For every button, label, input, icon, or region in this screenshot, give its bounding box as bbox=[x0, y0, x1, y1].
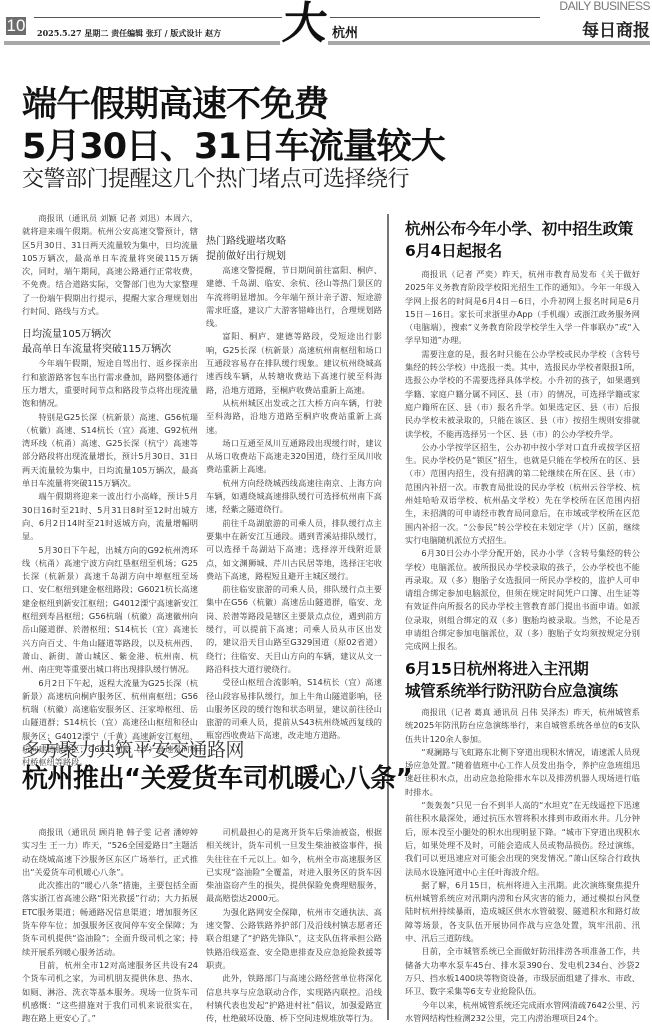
brand-chinese: 每日商报 bbox=[582, 16, 650, 41]
section-subhead: 热门路线避堵攻略 bbox=[206, 234, 382, 249]
article4-column2: 司机最担心的是离开货车后柴油被盗，根据相关统计，货车司机一旦发生柴油被盗事件，损… bbox=[206, 826, 382, 1024]
masthead-rule-left bbox=[34, 17, 282, 18]
paragraph: 6月30日公办小学分配开始，民办小学（含转号集经的转公学校）电脑派位。被所报民办… bbox=[405, 547, 640, 653]
paragraph: 前往临安旅游的司乘人员，排队缓行点主要集中在G56（杭徽）高速岳山隧道群，临安、… bbox=[206, 583, 382, 676]
paragraph: 商报讯（通讯员 刘颖 记者 刘迅）本周六，就将迎来端午假期。杭州公安高速交警预计… bbox=[22, 212, 198, 318]
paragraph: 目前，杭州全市12对高速服务区共设有24个货车司机之家，为司机朋友提供休息、热水… bbox=[22, 959, 198, 1024]
paragraph: 端午假期将迎来一波出行小高峰，预计5月30日16时至21时、5月31日8时至12… bbox=[22, 490, 198, 543]
article4-kicker: 多方聚力共筑平安交通路网 bbox=[22, 738, 244, 762]
article4-column1: 商报讯（通讯员 顾肖艳 韩子雯 记者 潘婷婷 实习生 王一力）昨天，“526全国… bbox=[22, 826, 198, 1024]
main-headline-line2: 5月30日、31日车流量较大 bbox=[22, 126, 445, 168]
masthead-bar-left bbox=[4, 41, 280, 45]
paragraph: 需要注意的是，报名时只能在公办学校或民办学校（含转号集经的转公学校）中选报一类。… bbox=[405, 348, 640, 441]
paragraph: 杭州方向经绕城西线高速往南京、上海方向车辆，如遇绕城高速排队缓行可选择杭州南下高… bbox=[206, 477, 382, 517]
paragraph: 场口互通至凤川互通路段出现缓行时，建议从场口收费站下高速走320国道，绕行至凤川… bbox=[206, 437, 382, 477]
article3-headline-line2: 城管系统举行防汛防台应急演练 bbox=[405, 680, 618, 702]
section-subhead: 日均流量105万辆次 bbox=[22, 327, 198, 342]
main-subheadline: 交警部门提醒这几个热门堵点可选择绕行 bbox=[22, 165, 409, 195]
paragraph: 据了解，6月15日，杭州将进入主汛期。此次演练聚焦提升杭州城管系统应对汛期内涝和… bbox=[405, 879, 640, 945]
article3-headline-line1: 6月15日杭州将进入主汛期 bbox=[405, 658, 588, 680]
paragraph: 5月30日下午起，出城方向的G92杭州湾环线（杭甬）高速宁波方向红垦枢纽至机场；… bbox=[22, 544, 198, 677]
section-subhead: 提前做好出行规划 bbox=[206, 249, 382, 264]
paragraph: 富阳、桐庐、建德等路段，受短途出行影响，G25长深（杭新景）高速杭州南枢纽和场口… bbox=[206, 330, 382, 396]
paragraph: 商报讯（记者 严奕）昨天，杭州市教育局发布《关于做好2025年义务教育阶段学校阳… bbox=[405, 268, 640, 348]
paragraph: 目前，全市城管系统已全面做好防汛排涝各项准备工作，共储备大功率水泵车45台、排水… bbox=[405, 945, 640, 998]
section-logo-char: 大 bbox=[280, 0, 329, 50]
article2-body: 商报讯（记者 严奕）昨天，杭州市教育局发布《关于做好2025年义务教育阶段学校阳… bbox=[405, 268, 640, 654]
paragraph: 此次推出的“暖心八条”措施，主要包括全面落实浙江省高速公路“阳光救援”行动；大力… bbox=[22, 879, 198, 959]
paragraph: “轰轰轰”只见一台不到半人高的“水坦克”在无线遥控下迅速前往积水最深处，通过抗压… bbox=[405, 799, 640, 879]
paragraph: 此外，铁路部门与高速公路经营单位将深化信息共享与应急联动合作，实现路内联控。沿线… bbox=[206, 972, 382, 1024]
column-divider bbox=[387, 214, 389, 732]
paragraph: 高速交警提醒，节日期间前往富阳、桐庐、建德、千岛湖、临安、余杭、径山等热门景区的… bbox=[206, 264, 382, 330]
article4-headline: 杭州推出“关爱货车司机暖心八条” bbox=[22, 763, 412, 795]
paragraph: 今年端午假期，短途自驾出行、返乡探亲出行和旅游路客包车出行需求叠加，路网整体通行… bbox=[22, 357, 198, 410]
paragraph: 特别是G25长深（杭新景）高速、G56杭瑞（杭徽）高速、S14杭长（宜）高速、G… bbox=[22, 411, 198, 491]
section-name: 杭州 bbox=[332, 22, 358, 41]
article2-headline-line2: 6月4日起报名 bbox=[405, 240, 502, 262]
paragraph: 公办小学按学区招生，公办初中按小学对口直升或按学区招生。民办学校仍是“锁区”招生… bbox=[405, 441, 640, 547]
brand-english: DAILY BUSINESS bbox=[559, 0, 650, 13]
article3-body: 商报讯（记者 葛真 通讯员 吕伟 吴泽杰）昨天，杭州城管系统2025年防汛防台应… bbox=[405, 706, 640, 1024]
main-headline-line1: 端午假期高速不免费 bbox=[22, 84, 328, 126]
paragraph: 司机最担心的是离开货车后柴油被盗，根据相关统计，货车司机一旦发生柴油被盗事件，损… bbox=[206, 826, 382, 906]
date-line: 2025.5.27 星期二 责任编辑 张玎 / 版式设计 赵方 bbox=[37, 28, 221, 39]
paragraph: “观澜路与飞虹路东北侧下穿道出现积水情况，请速派人员现场应急处置。”随着值班中心… bbox=[405, 746, 640, 799]
paragraph: 受径山枢纽合流影响，S14杭长（宜）高速径山段容易排队缓行，加上牛角山隧道影响，… bbox=[206, 676, 382, 742]
paragraph: 今年以来，杭州城管系统还完成雨水管网清疏7642公里、污水管网结构性检测232公… bbox=[405, 999, 640, 1024]
paragraph: 商报讯（通讯员 顾肖艳 韩子雯 记者 潘婷婷 实习生 王一力）昨天，“526全国… bbox=[22, 826, 198, 879]
article1-column2: 热门路线避堵攻略 提前做好出行规划 高速交警提醒，节日期间前往富阳、桐庐、建德、… bbox=[206, 212, 382, 743]
article2-headline-line1: 杭州公布今年小学、初中招生政策 bbox=[405, 218, 633, 240]
masthead-rule-right bbox=[330, 17, 540, 18]
page-number: 10 bbox=[6, 17, 26, 35]
section-subhead: 最高单日车流量将突破115万辆次 bbox=[22, 342, 198, 357]
paragraph: 从杭州城区出发或之江大桥方向车辆，行驶至科海路，沿地方道路至桐庐收费站重新上高速… bbox=[206, 397, 382, 437]
article1-column1: 商报讯（通讯员 刘颖 记者 刘迅）本周六，就将迎来端午假期。杭州公安高速交警预计… bbox=[22, 212, 198, 770]
paragraph: 前往千岛湖旅游的司乘人员，排队缓行点主要集中在新安江互通段。遇到青溪站排队缓行，… bbox=[206, 517, 382, 583]
paragraph: 为强化路网安全保障，杭州市交通执法、高速交警、公路铁路养护部门及沿线村镇志愿者还… bbox=[206, 906, 382, 972]
masthead-bar-right bbox=[328, 41, 650, 45]
paragraph: 商报讯（记者 葛真 通讯员 吕伟 吴泽杰）昨天，杭州城管系统2025年防汛防台应… bbox=[405, 706, 640, 746]
